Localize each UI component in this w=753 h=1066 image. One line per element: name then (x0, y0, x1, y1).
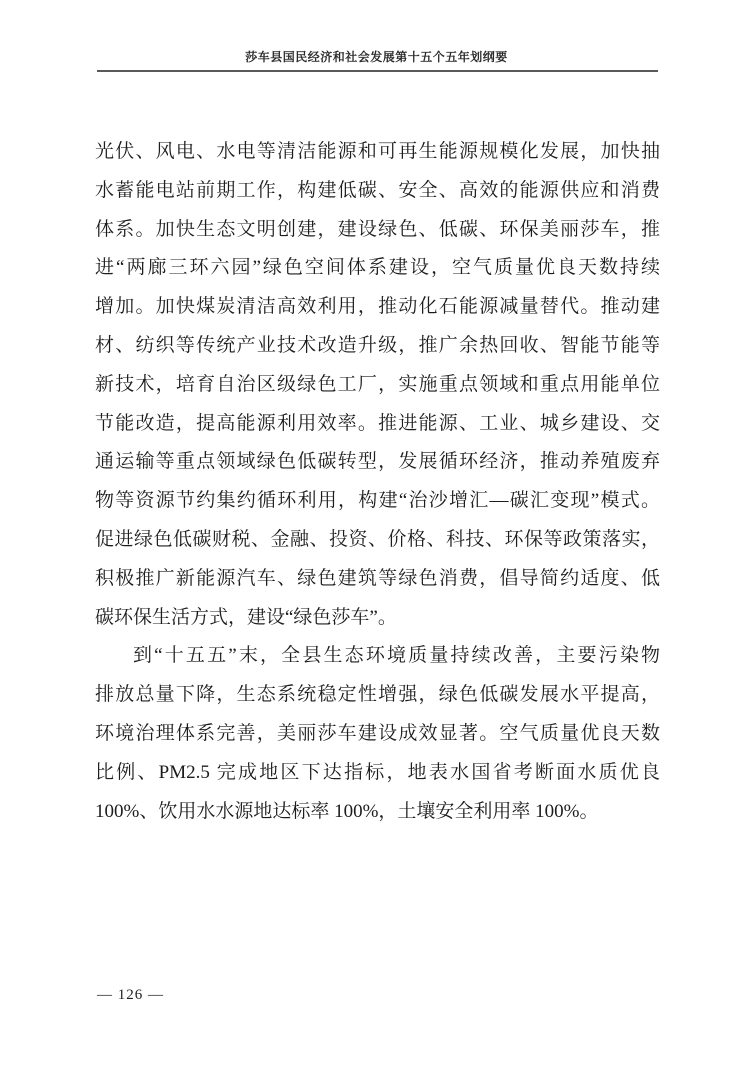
body-text-line: 比例、PM2.5 完成地区下达指标，地表水国省考断面水质优良 (95, 754, 660, 793)
body-text-line: 水蓄能电站前期工作，构建低碳、安全、高效的能源供应和消费 (95, 172, 660, 211)
document-body: 光伏、风电、水电等清洁能源和可再生能源规模化发展，加快抽 水蓄能电站前期工作，构… (95, 133, 660, 831)
body-text-line: 新技术，培育自治区级绿色工厂，实施重点领域和重点用能单位 (95, 366, 660, 405)
paragraph: 光伏、风电、水电等清洁能源和可再生能源规模化发展，加快抽 水蓄能电站前期工作，构… (95, 133, 660, 637)
body-text-line: 体系。加快生态文明创建，建设绿色、低碳、环保美丽莎车，推 (95, 211, 660, 250)
body-text-line: 排放总量下降，生态系统稳定性增强，绿色低碳发展水平提高， (95, 676, 660, 715)
body-text-line: 100%、饮用水水源地达标率 100%，土壤安全利用率 100%。 (95, 793, 660, 832)
page-number: — 126 — (97, 987, 164, 1004)
body-text-line: 积极推广新能源汽车、绿色建筑等绿色消费，倡导简约适度、低 (95, 560, 660, 599)
header-rule (97, 70, 658, 72)
paragraph: 到“十五五”末，全县生态环境质量持续改善，主要污染物 排放总量下降，生态系统稳定… (95, 637, 660, 831)
body-text-line: 节能改造，提高能源利用效率。推进能源、工业、城乡建设、交 (95, 405, 660, 444)
body-text-line: 光伏、风电、水电等清洁能源和可再生能源规模化发展，加快抽 (95, 133, 660, 172)
body-text-line: 进“两廊三环六园”绿色空间体系建设，空气质量优良天数持续 (95, 249, 660, 288)
body-text-line: 环境治理体系完善，美丽莎车建设成效显著。空气质量优良天数 (95, 715, 660, 754)
document-page: 莎车县国民经济和社会发展第十五个五年划纲要 光伏、风电、水电等清洁能源和可再生能… (0, 0, 753, 1066)
document-header-title: 莎车县国民经济和社会发展第十五个五年划纲要 (0, 48, 753, 65)
body-text-line: 材、纺织等传统产业技术改造升级，推广余热回收、智能节能等 (95, 327, 660, 366)
body-text-line: 物等资源节约集约循环利用，构建“治沙增汇—碳汇变现”模式。 (95, 482, 660, 521)
body-text-line: 到“十五五”末，全县生态环境质量持续改善，主要污染物 (95, 637, 660, 676)
body-text-line: 增加。加快煤炭清洁高效利用，推动化石能源减量替代。推动建 (95, 288, 660, 327)
body-text-line: 碳环保生活方式，建设“绿色莎车”。 (95, 599, 660, 638)
body-text-line: 通运输等重点领域绿色低碳转型，发展循环经济，推动养殖废弃 (95, 443, 660, 482)
body-text-line: 促进绿色低碳财税、金融、投资、价格、科技、环保等政策落实， (95, 521, 660, 560)
